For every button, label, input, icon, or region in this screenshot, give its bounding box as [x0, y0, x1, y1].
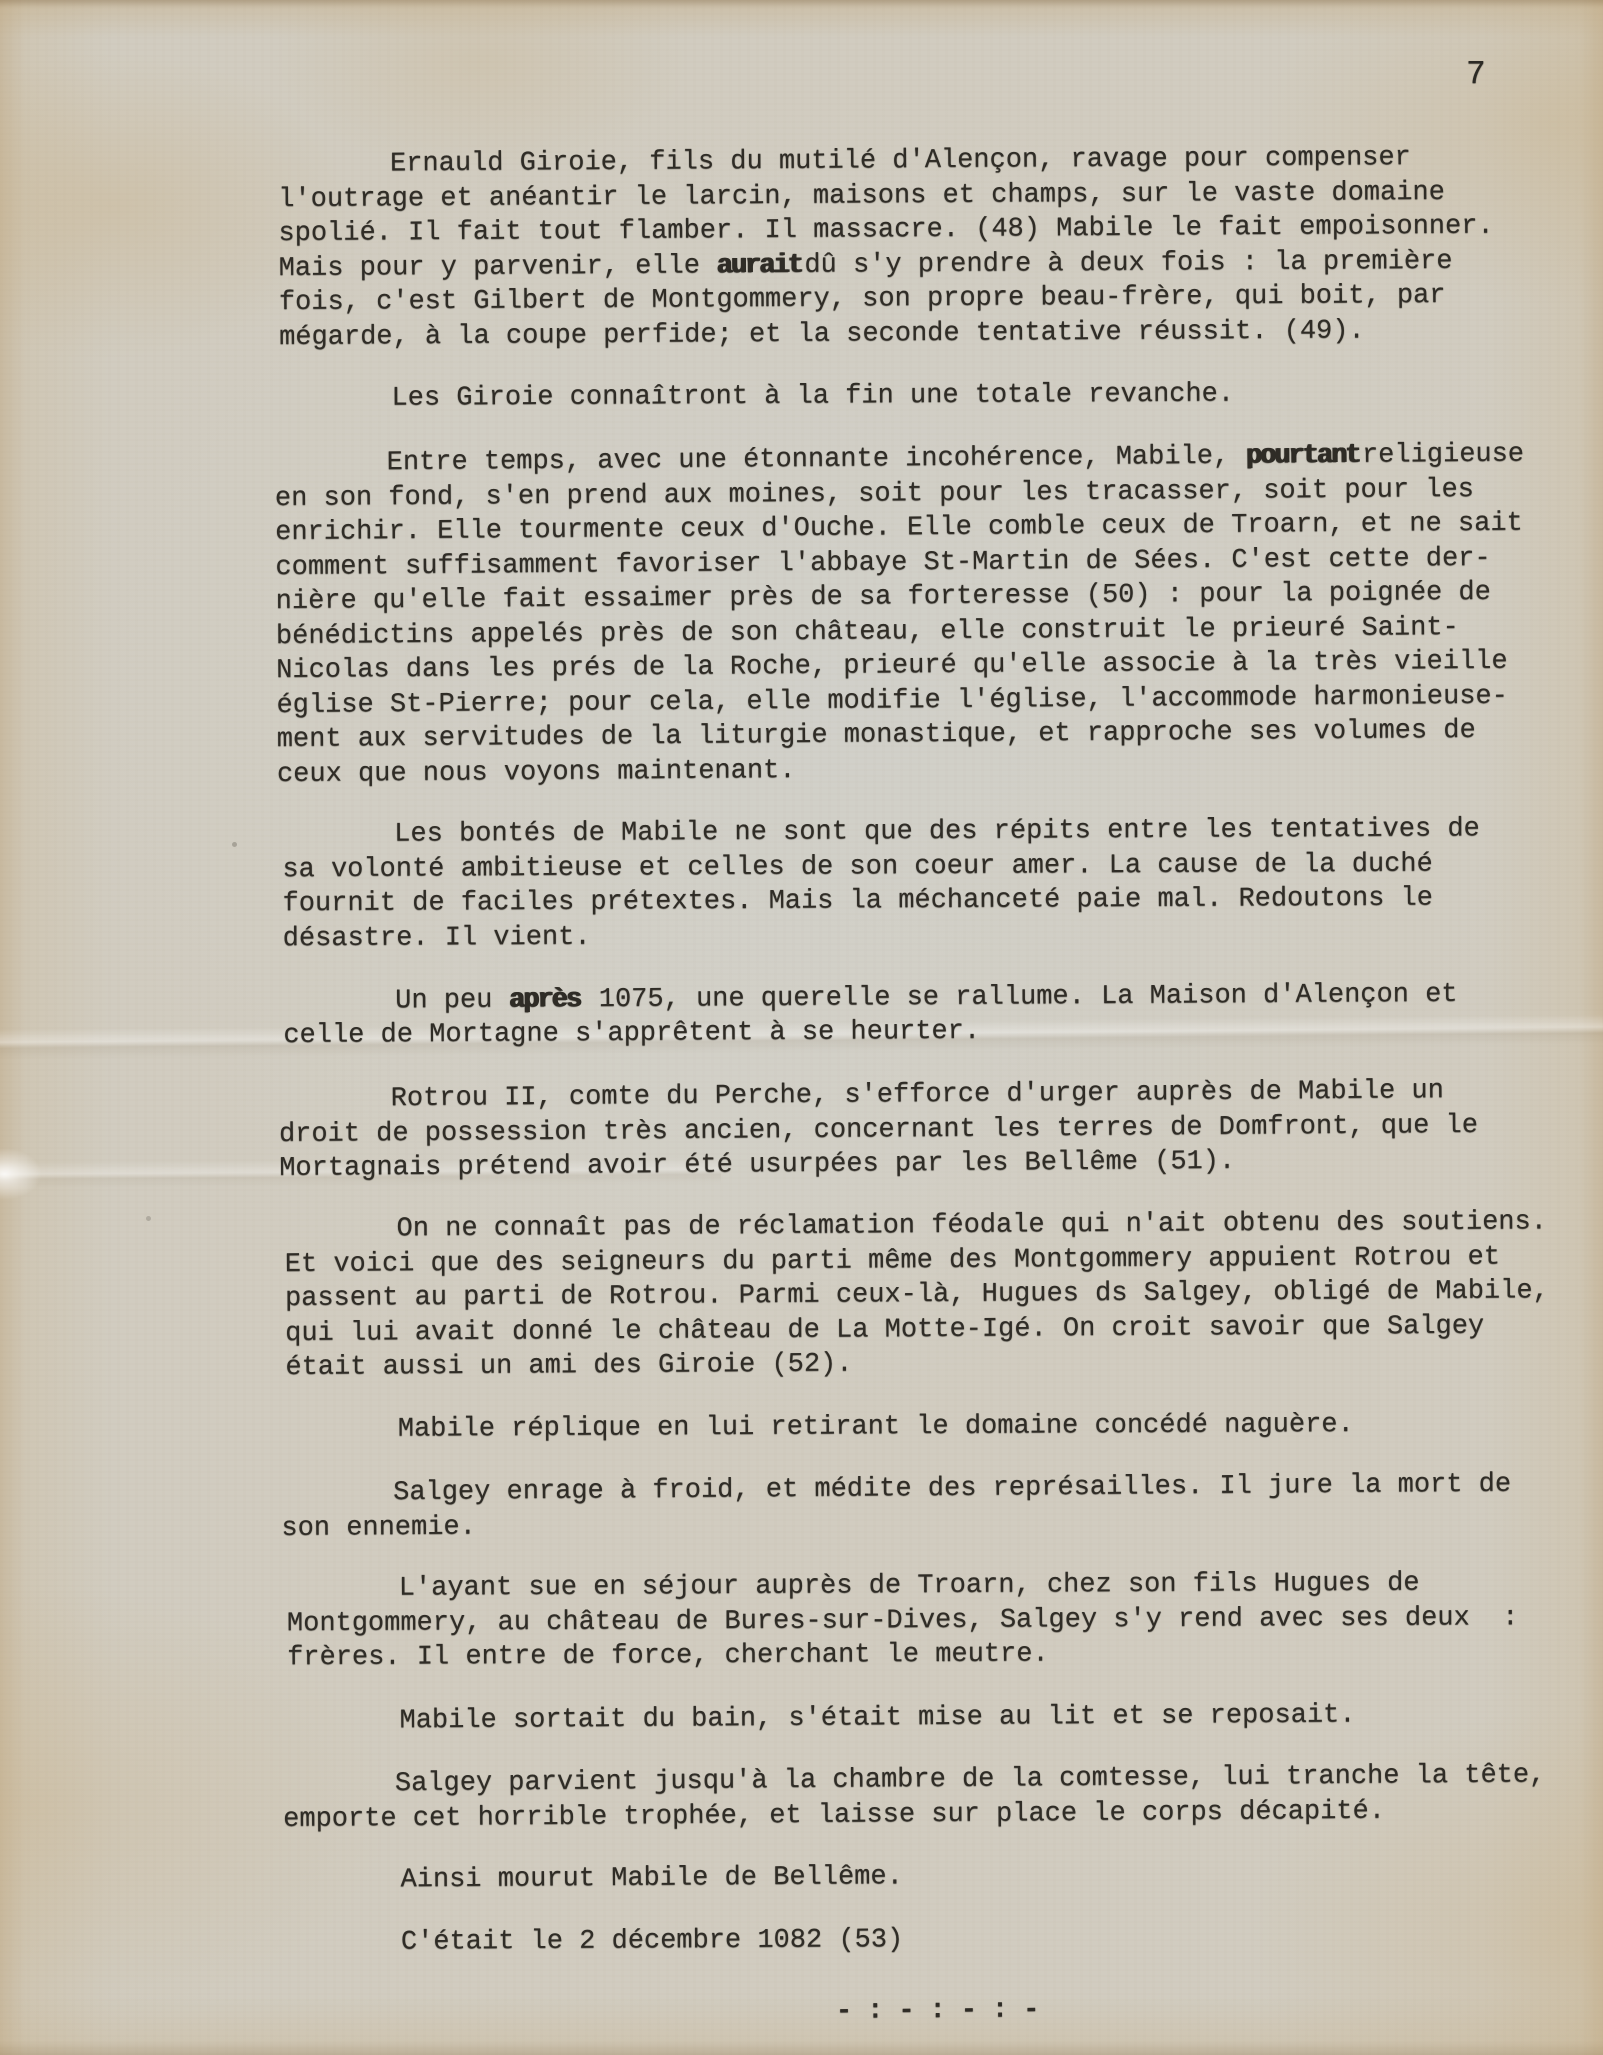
paragraph: Ainsi mourut Mabile de Bellême. [288, 1856, 1600, 1899]
overstruck-word: aurait [716, 250, 801, 281]
paragraph: Rotrou II, comte du Perche, s'efforce d'… [279, 1073, 1597, 1186]
paragraph: On ne connaît pas de réclamation féodale… [285, 1205, 1598, 1386]
paragraph: Salgey parvient jusqu'à la chambre de la… [283, 1758, 1600, 1837]
paragraph: Entre temps, avec une étonnante incohére… [275, 437, 1595, 792]
overstruck-word: après [509, 985, 580, 1015]
document-body: Ernauld Giroie, fils du mutilé d'Alençon… [278, 140, 1601, 1989]
paragraph: Salgey enrage à froid, et médite des rep… [281, 1467, 1598, 1546]
paragraph: Un peu après 1075, une querelle se rallu… [283, 976, 1595, 1053]
paragraph: C'était le 2 décembre 1082 (53) [289, 1919, 1601, 1960]
paragraph: Les Giroie connaîtront à la fin une tota… [279, 376, 1591, 417]
paragraph: Ernauld Giroie, fils du mutilé d'Alençon… [278, 140, 1591, 355]
paragraph: Les bontés de Mabile ne sont que des rép… [282, 811, 1595, 955]
end-mark: -:-:-:- [836, 1995, 1055, 2027]
paragraph: Mabile sortait du bain, s'était mise au … [288, 1696, 1600, 1739]
page-number: 7 [1466, 58, 1486, 91]
paragraph: Mabile réplique en lui retirant le domai… [286, 1406, 1598, 1447]
overstruck-word: pourtant [1245, 440, 1359, 471]
paragraph: L'ayant sue en séjour auprès de Troarn, … [287, 1566, 1599, 1676]
